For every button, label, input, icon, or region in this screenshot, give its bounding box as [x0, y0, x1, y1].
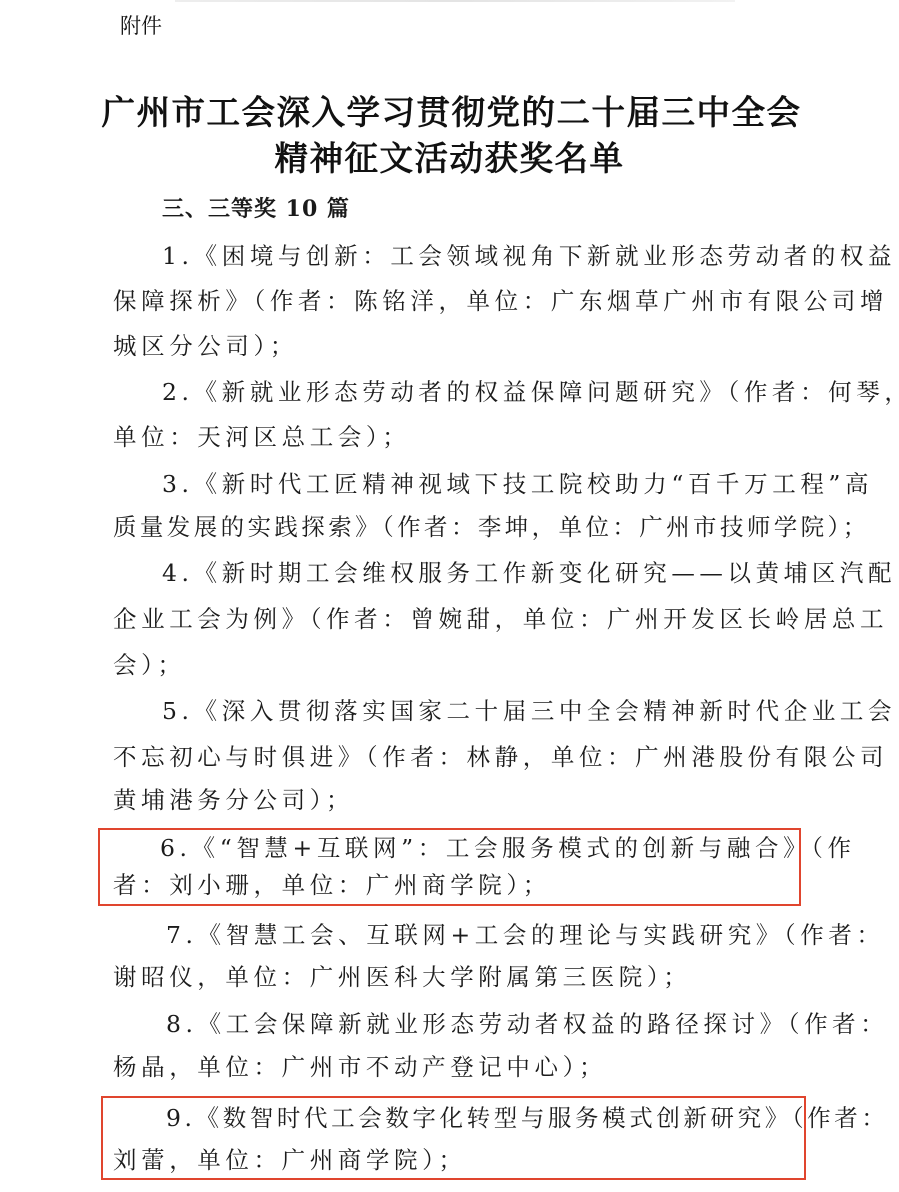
entry-8-line-2: 杨晶，单位：广州市不动产登记中心）；	[113, 1051, 607, 1083]
entry-3-line-1: 3.《新时代工匠精神视域下技工院校助力“百千万工程”高	[162, 468, 873, 500]
section-heading-third-prize: 三、三等奖 10 篇	[162, 194, 350, 224]
entry-6-line-1: 6.《“智慧+互联网”：工会服务模式的创新与融合》（作	[160, 832, 856, 864]
entry-9-line-2: 刘蕾，单位：广州商学院）；	[113, 1144, 467, 1176]
entry-4-line-1: 4.《新时期工会维权服务工作新变化研究——以黄埔区汽配	[162, 557, 896, 589]
entry-1-line-1: 1.《困境与创新：工会领域视角下新就业形态劳动者的权益	[162, 240, 896, 272]
entry-2-line-1: 2.《新就业形态劳动者的权益保障问题研究》（作者：何琴，	[162, 376, 899, 408]
title-line-2: 精神征文活动获奖名单	[0, 136, 899, 182]
entry-5-line-2: 不忘初心与时俱进》（作者：林静，单位：广州港股份有限公司	[113, 741, 888, 773]
entry-9-line-1: 9.《数智时代工会数字化转型与服务模式创新研究》（作者：	[166, 1102, 888, 1134]
entry-7-line-2: 谢昭仪，单位：广州医科大学附属第三医院）；	[113, 961, 691, 993]
entry-5-line-3: 黄埔港务分公司）；	[113, 784, 354, 816]
entry-8-line-1: 8.《工会保障新就业形态劳动者权益的路径探讨》（作者：	[166, 1008, 888, 1040]
entry-4-line-3: 会）；	[113, 649, 186, 681]
title-line-1: 广州市工会深入学习贯彻党的二十届三中全会	[4, 90, 899, 136]
attachment-label: 附件	[120, 12, 162, 40]
entry-3-line-2: 质量发展的实践探索》（作者：李坤，单位：广州市技师学院）；	[113, 511, 870, 543]
entry-1-line-3: 城区分公司）；	[113, 330, 298, 362]
entry-4-line-2: 企业工会为例》（作者：曾婉甜，单位：广州开发区长岭居总工	[113, 603, 888, 635]
entry-6-line-2: 者：刘小珊，单位：广州商学院）；	[113, 869, 551, 901]
entry-5-line-1: 5.《深入贯彻落实国家二十届三中全会精神新时代企业工会	[162, 695, 896, 727]
document-title: 广州市工会深入学习贯彻党的二十届三中全会 精神征文活动获奖名单	[0, 90, 899, 182]
cropped-text-artifact	[175, 0, 735, 2]
entry-1-line-2: 保障探析》（作者：陈铭洋，单位：广东烟草广州市有限公司增	[113, 285, 888, 317]
entry-2-line-2: 单位：天河区总工会）；	[113, 421, 410, 453]
entry-7-line-1: 7.《智慧工会、互联网+工会的理论与实践研究》（作者：	[166, 919, 885, 951]
